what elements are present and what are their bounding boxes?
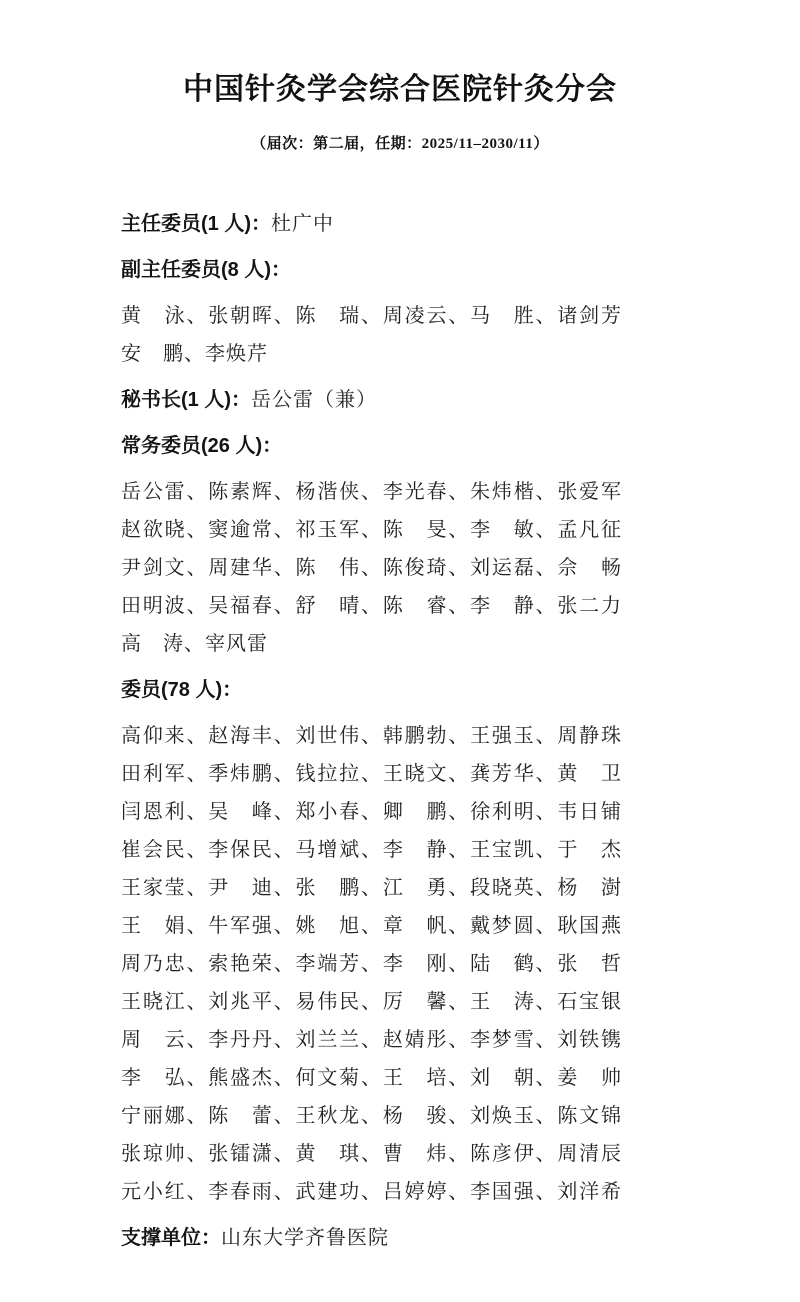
name-line: 尹剑文、周建华、陈 伟、陈俊琦、刘运磊、佘 畅	[121, 549, 622, 587]
section-members-label: 委员(78 人)：	[121, 679, 242, 701]
name-line: 崔会民、李保民、马增斌、李 静、王宝凯、于 杰	[121, 831, 622, 869]
name-line: 李 弘、熊盛杰、何文菊、王 培、刘 朝、姜 帅	[121, 1059, 622, 1097]
section-support-unit-value: 山东大学齐鲁医院	[221, 1227, 389, 1249]
members-names: 高仰来、赵海丰、刘世伟、韩鹏勃、王强玉、周静珠 田利军、季炜鹏、钱拉拉、王晓文、…	[121, 717, 622, 1211]
name-line: 王晓江、刘兆平、易伟民、厉 馨、王 涛、石宝银	[121, 983, 622, 1021]
name-line: 王家莹、尹 迪、张 鹏、江 勇、段晓英、杨 澍	[121, 869, 622, 907]
name-line: 安 鹏、李焕芹	[121, 335, 622, 373]
name-line: 岳公雷、陈素辉、杨湝侠、李光春、朱炜楷、张爱军	[121, 473, 622, 511]
section-chairman-label: 主任委员(1 人)：	[121, 213, 271, 235]
section-chairman-value: 杜广中	[271, 213, 334, 235]
section-support-unit-label: 支撑单位：	[121, 1227, 221, 1249]
name-line: 张琼帅、张镭潇、黄 琪、曹 炜、陈彦伊、周清辰	[121, 1135, 622, 1173]
name-line: 王 娟、牛军强、姚 旭、章 帆、戴梦圆、耿国燕	[121, 907, 622, 945]
name-line: 周乃忠、索艳荣、李端芳、李 刚、陆 鹤、张 哲	[121, 945, 622, 983]
name-line: 周 云、李丹丹、刘兰兰、赵婧彤、李梦雪、刘铁镌	[121, 1021, 622, 1059]
name-line: 田明波、吴福春、舒 晴、陈 睿、李 静、张二力	[121, 587, 622, 625]
committee-roster: 主任委员(1 人)：杜广中 副主任委员(8 人)： 黄 泳、张朝晖、陈 瑞、周凌…	[121, 205, 622, 1257]
document-header: 中国针灸学会综合医院针灸分会 （届次：第二届，任期：2025/11–2030/1…	[0, 64, 800, 153]
name-line: 赵欲晓、窦逾常、祁玉军、陈 旻、李 敏、孟凡征	[121, 511, 622, 549]
name-line: 黄 泳、张朝晖、陈 瑞、周凌云、马 胜、诸剑芳	[121, 297, 622, 335]
section-vice-chairmen-label: 副主任委员(8 人)：	[121, 259, 291, 281]
name-line: 田利军、季炜鹏、钱拉拉、王晓文、龚芳华、黄 卫	[121, 755, 622, 793]
section-secretary-general-value: 岳公雷（兼）	[251, 389, 377, 411]
vice-chairmen-names: 黄 泳、张朝晖、陈 瑞、周凌云、马 胜、诸剑芳 安 鹏、李焕芹	[121, 297, 622, 373]
section-vice-chairmen: 副主任委员(8 人)：	[121, 251, 622, 289]
name-line: 高 涛、宰风雷	[121, 625, 622, 663]
name-line: 元小红、李春雨、武建功、吕婷婷、李国强、刘洋希	[121, 1173, 622, 1211]
section-standing-committee: 常务委员(26 人)：	[121, 427, 622, 465]
name-line: 闫恩利、吴 峰、郑小春、卿 鹏、徐利明、韦日铺	[121, 793, 622, 831]
section-standing-committee-label: 常务委员(26 人)：	[121, 435, 282, 457]
section-chairman: 主任委员(1 人)：杜广中	[121, 205, 622, 243]
section-secretary-general: 秘书长(1 人)：岳公雷（兼）	[121, 381, 622, 419]
name-line: 宁丽娜、陈 蕾、王秋龙、杨 骏、刘焕玉、陈文锦	[121, 1097, 622, 1135]
name-line: 高仰来、赵海丰、刘世伟、韩鹏勃、王强玉、周静珠	[121, 717, 622, 755]
standing-committee-names: 岳公雷、陈素辉、杨湝侠、李光春、朱炜楷、张爱军 赵欲晓、窦逾常、祁玉军、陈 旻、…	[121, 473, 622, 663]
page-subtitle: （届次：第二届，任期：2025/11–2030/11）	[0, 132, 800, 153]
page-title: 中国针灸学会综合医院针灸分会	[0, 64, 800, 108]
section-support-unit: 支撑单位：山东大学齐鲁医院	[121, 1219, 622, 1257]
section-secretary-general-label: 秘书长(1 人)：	[121, 389, 251, 411]
section-members: 委员(78 人)：	[121, 671, 622, 709]
